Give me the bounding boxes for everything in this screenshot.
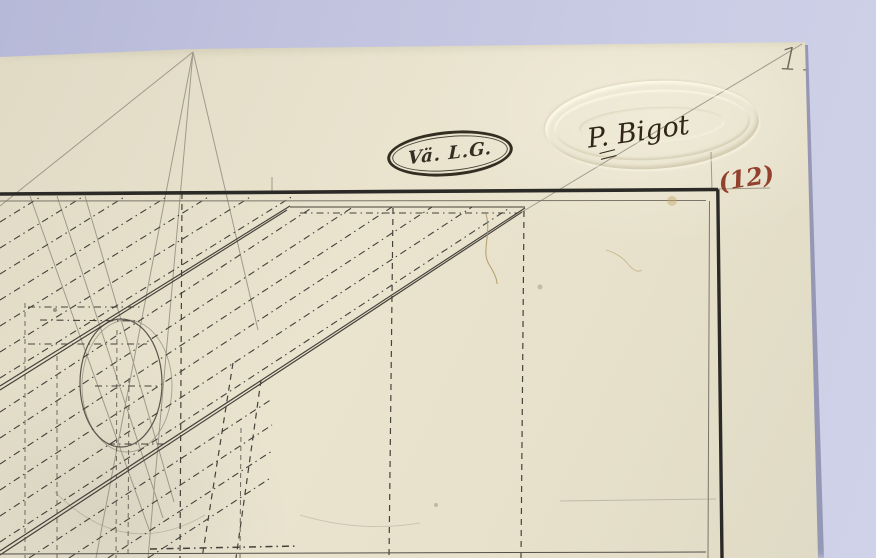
paper-stains [53,196,677,507]
bottom-ground-line [0,552,706,554]
photo-background: Vä. L.G. P. Bigot (12) 11 [0,0,876,558]
paper-sheet: Vä. L.G. P. Bigot (12) 11 [0,0,876,558]
hairline-crack [486,214,497,284]
sheet-number: 11 [775,41,822,79]
ellipse-construction [80,319,172,452]
frame-border [0,190,722,558]
technical-drawing [0,0,876,558]
plank-outline [0,206,525,555]
